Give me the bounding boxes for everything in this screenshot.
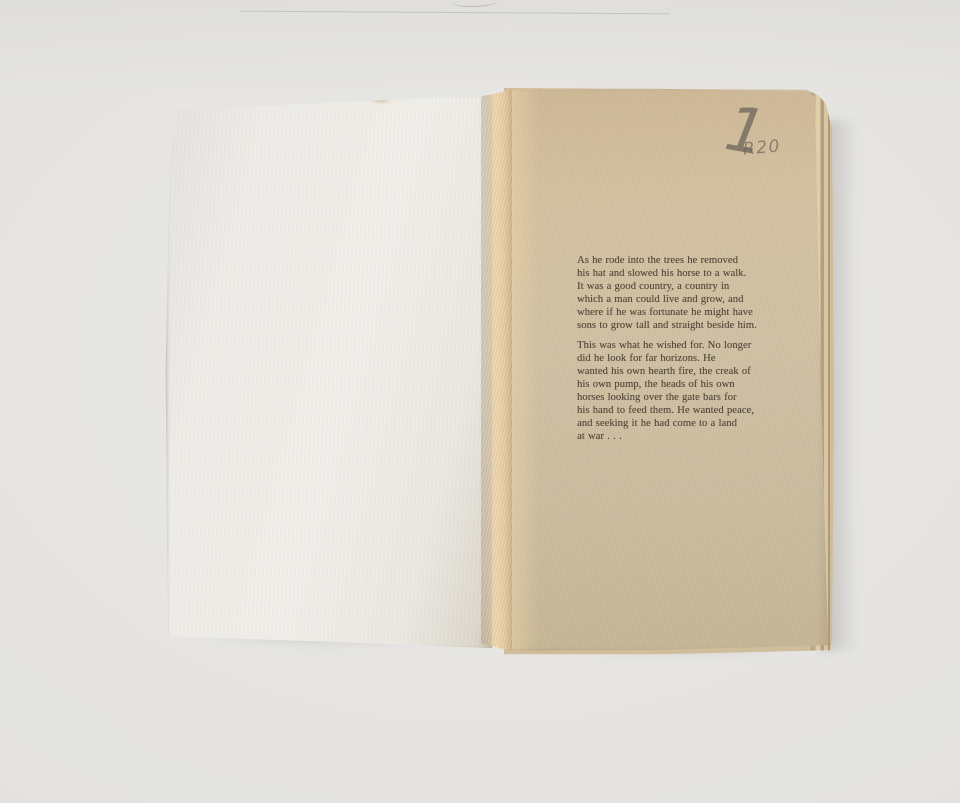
pencil-price-code: R20 — [742, 136, 782, 159]
backdrop-seam-line — [240, 11, 670, 15]
right-page: 1 R20 As he rode into the trees he remov… — [504, 86, 830, 652]
paragraph-1: As he rode into the trees he removed his… — [577, 254, 789, 332]
backdrop-scuff-mark — [452, 0, 498, 8]
spine-gutter — [481, 88, 512, 652]
printed-text-block: As he rode into the trees he removed his… — [577, 254, 789, 443]
left-page — [165, 92, 492, 652]
photo-background: 1 R20 As he rode into the trees he remov… — [0, 0, 960, 803]
page-stain — [369, 95, 393, 104]
paragraph-2: This was what he wished for. No longer d… — [577, 339, 789, 443]
